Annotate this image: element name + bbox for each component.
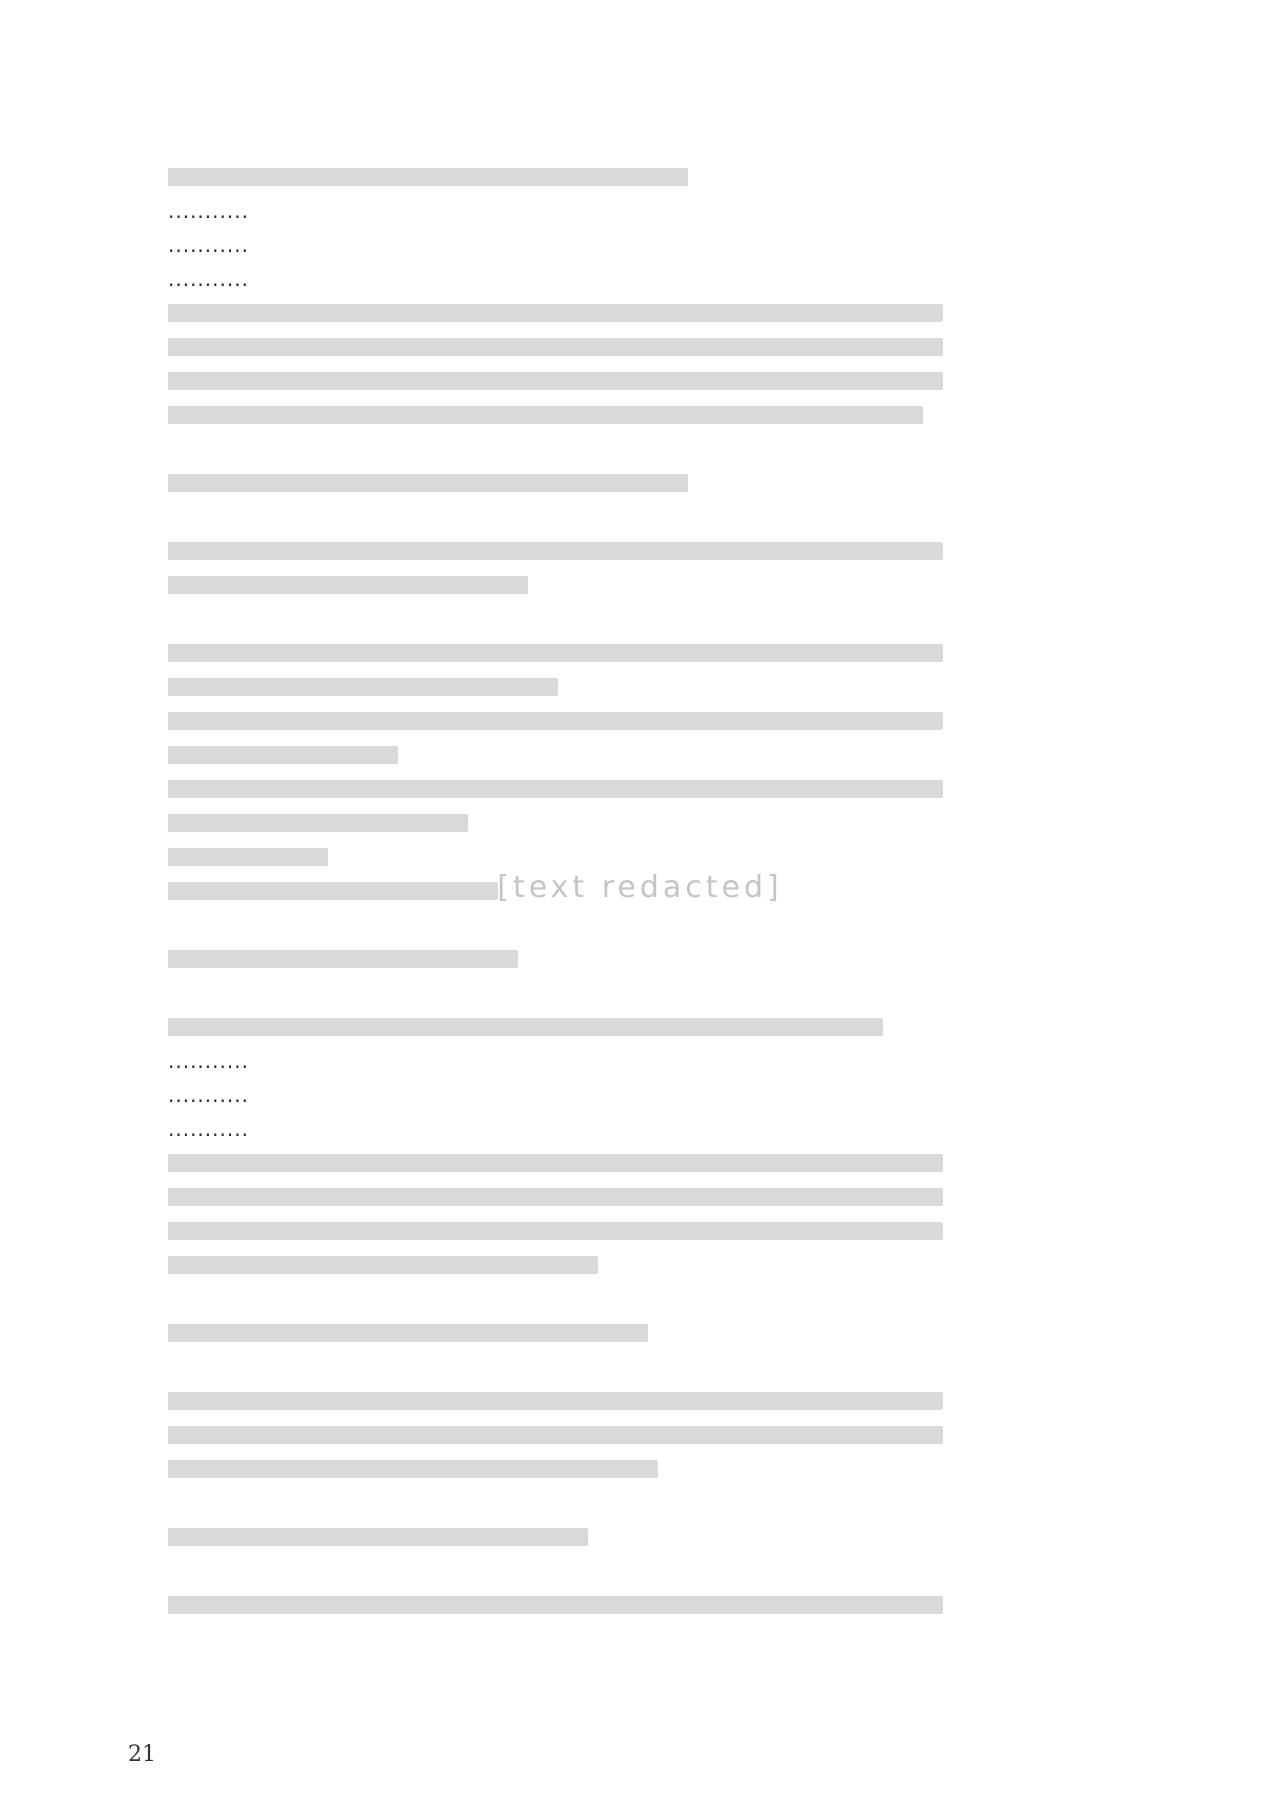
redacted-text-line [168, 304, 943, 322]
redacted-text-line [168, 542, 943, 560]
paragraph-spacer [168, 500, 958, 534]
ellipsis-filler-line: ........... [168, 1078, 249, 1112]
redacted-text-line [168, 474, 688, 492]
redacted-text-line [168, 678, 558, 696]
ellipsis-filler-line: ........... [168, 228, 249, 262]
redacted-text-line [168, 372, 943, 390]
redacted-text-line [168, 1324, 648, 1342]
paragraph-spacer [168, 1282, 958, 1316]
redacted-text-line [168, 780, 943, 798]
redacted-text-line [168, 1392, 943, 1410]
redacted-text-line [168, 1596, 943, 1614]
redacted-text-line [168, 1460, 658, 1478]
redacted-text-line [168, 1426, 943, 1444]
paragraph-spacer [168, 1486, 958, 1520]
redacted-text-line [168, 576, 528, 594]
redacted-text-line [168, 168, 688, 186]
ellipsis-filler-line: ........... [168, 262, 249, 296]
page-number: 21 [128, 1742, 156, 1767]
document-body: ........................................… [168, 160, 958, 1622]
ellipsis-filler-line: ........... [168, 194, 249, 228]
redacted-text-line [168, 1154, 943, 1172]
paragraph-spacer [168, 976, 958, 1010]
paragraph-spacer [168, 908, 958, 942]
redacted-text-line [168, 882, 498, 900]
redacted-text-line [168, 338, 943, 356]
paragraph-spacer [168, 1350, 958, 1384]
redacted-text-line [168, 848, 328, 866]
ellipsis-filler-line: ........... [168, 1044, 249, 1078]
redacted-text-line [168, 950, 518, 968]
redacted-text-line [168, 712, 943, 730]
redacted-text-line [168, 746, 398, 764]
redacted-text-line [168, 814, 468, 832]
redacted-text-line [168, 644, 943, 662]
redacted-text-line [168, 1018, 883, 1036]
paragraph-spacer [168, 432, 958, 466]
redacted-text-line [168, 1528, 588, 1546]
redacted-text-line [168, 406, 923, 424]
ellipsis-filler-line: ........... [168, 1112, 249, 1146]
paragraph-spacer [168, 602, 958, 636]
paragraph-spacer [168, 1554, 958, 1588]
redacted-text-line [168, 1188, 943, 1206]
redacted-text-line [168, 1256, 598, 1274]
redacted-text-line [168, 1222, 943, 1240]
